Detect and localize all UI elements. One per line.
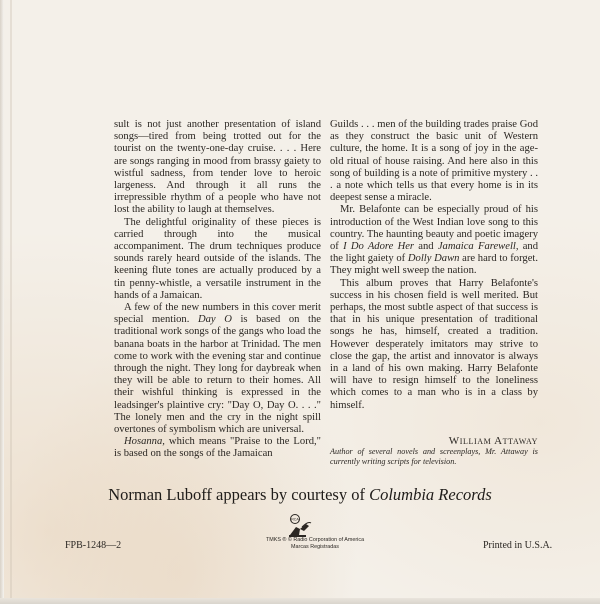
paragraph: This album proves that Harry Belafonte's… bbox=[330, 278, 538, 412]
song-title: Dolly Dawn bbox=[408, 253, 460, 264]
paragraph: A few of the new numbers in this cover m… bbox=[114, 302, 321, 436]
liner-notes-left-column: sult is not just another presentation of… bbox=[114, 119, 321, 461]
paragraph: Hosanna, which means "Praise to the Lord… bbox=[114, 436, 321, 460]
sleeve-bottom-edge bbox=[0, 598, 600, 604]
courtesy-credit: Norman Luboff appears by courtesy of Col… bbox=[0, 485, 600, 505]
paragraph: Mr. Belafonte can be especially proud of… bbox=[330, 204, 538, 277]
song-title: I Do Adore Her bbox=[343, 241, 414, 252]
song-title: Jamaica Farewell, bbox=[438, 241, 519, 252]
printed-in-usa: Printed in U.S.A. bbox=[483, 540, 552, 551]
sleeve-fold-line bbox=[10, 0, 12, 600]
trademark-line: TMKS ® © Radio Corporation of America bbox=[240, 537, 390, 544]
courtesy-text: Norman Luboff appears by courtesy of bbox=[108, 485, 369, 504]
text-run: is based on the traditional work songs o… bbox=[114, 314, 321, 435]
paragraph: Guilds . . . men of the building trades … bbox=[330, 119, 538, 204]
record-label-name: Columbia Records bbox=[369, 485, 492, 504]
trademark-line: Marcas Registradas bbox=[240, 544, 390, 551]
song-title: Day O bbox=[198, 314, 232, 325]
paragraph: sult is not just another presentation of… bbox=[114, 119, 321, 217]
svg-text:RCA: RCA bbox=[291, 518, 299, 522]
sleeve-spine-edge bbox=[0, 0, 4, 604]
song-title: Hosanna, bbox=[124, 436, 165, 447]
rca-nipper-logo-icon: RCA bbox=[286, 513, 312, 539]
liner-notes-right-column: Guilds . . . men of the building trades … bbox=[330, 119, 538, 467]
catalog-number: FPB-1248—2 bbox=[65, 540, 121, 551]
author-bio: Author of several novels and screenplays… bbox=[330, 447, 538, 467]
author-signature: William Attaway bbox=[330, 435, 538, 447]
text-run: and bbox=[414, 241, 438, 252]
paragraph: The delightful originality of these piec… bbox=[114, 217, 321, 302]
trademark-notice: TMKS ® © Radio Corporation of America Ma… bbox=[240, 537, 390, 551]
